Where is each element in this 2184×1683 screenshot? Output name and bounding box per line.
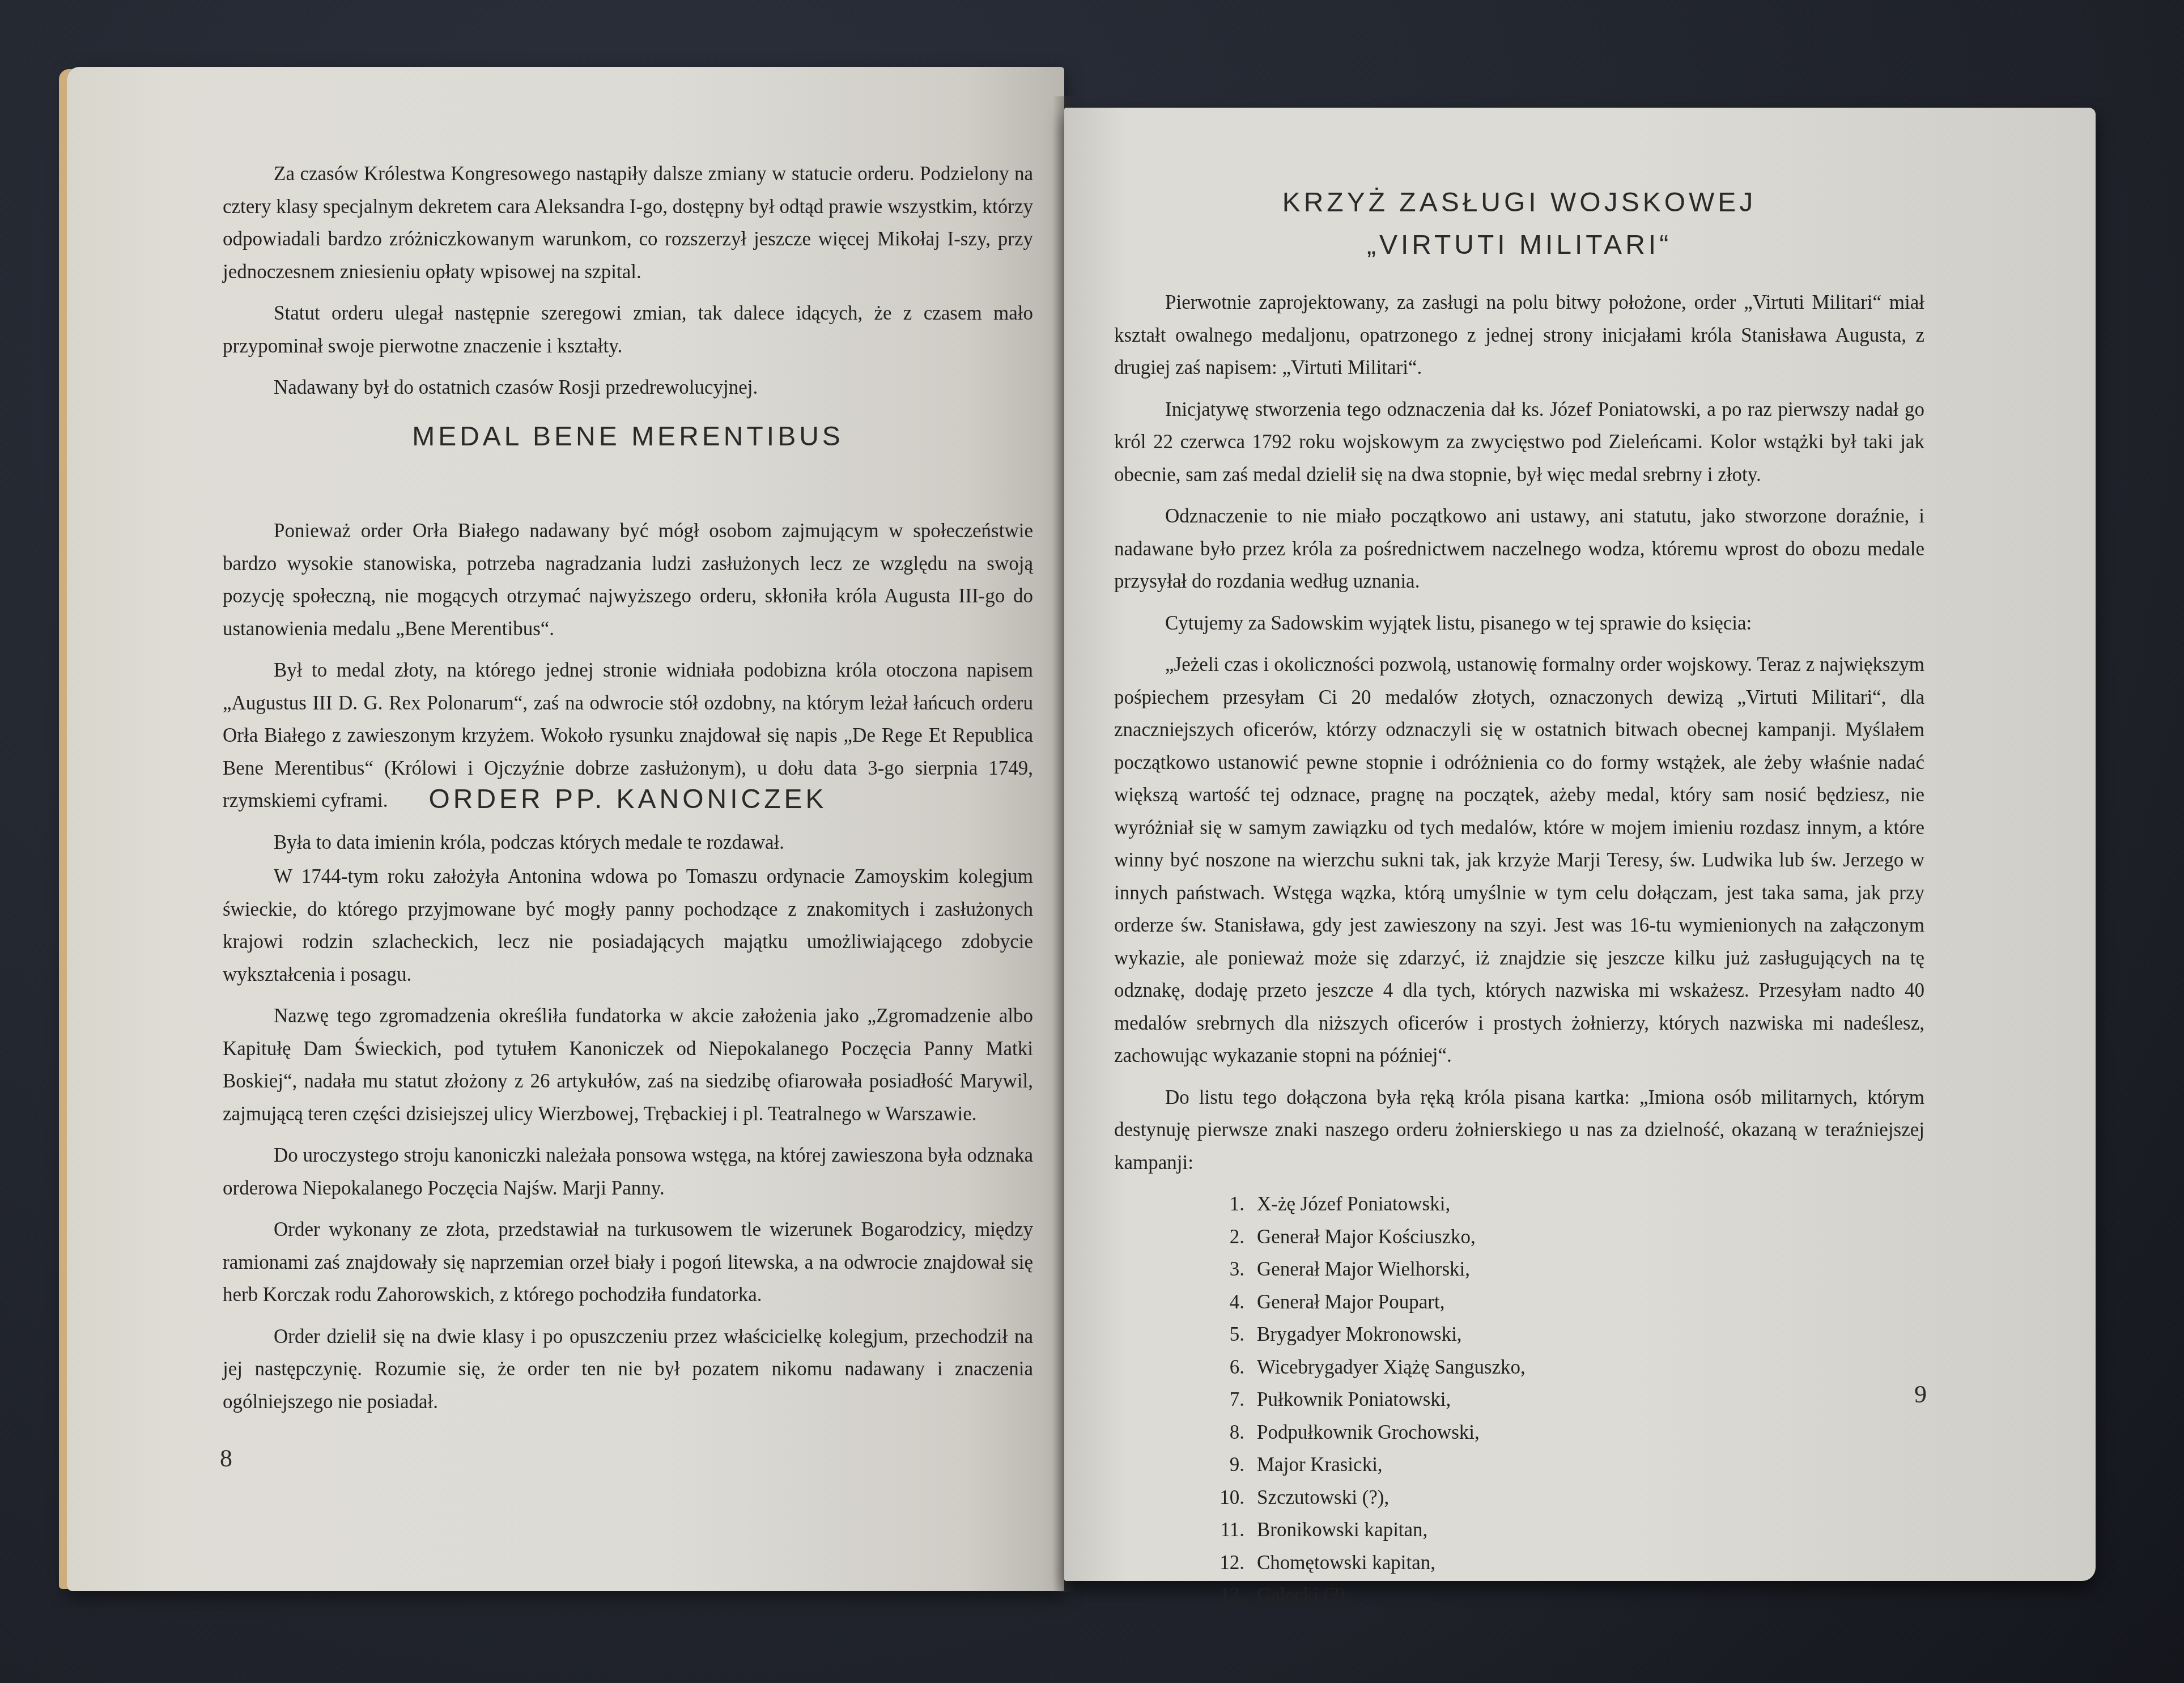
paragraph: Order wykonany ze złota, przedstawiał na… [223, 1213, 1033, 1311]
list-item: 1.X-żę Józef Poniatowski, [1199, 1188, 1924, 1221]
paragraph: Była to data imienin króla, podczas któr… [223, 826, 1033, 859]
section-kanoniczek-body: W 1744-tym roku założyła Antonina wdowa … [223, 860, 1033, 1427]
paragraph: Nadawany był do ostatnich czasów Rosji p… [223, 371, 1033, 404]
list-item: 11.Bronikowski kapitan, [1199, 1514, 1924, 1546]
paragraph: Do uroczystego stroju kanoniczki należał… [223, 1139, 1033, 1204]
section-heading-krzyz: KRZYŻ ZASŁUGI WOJSKOWEJ [1114, 187, 1924, 218]
section-virtuti-body: Pierwotnie zaprojektowany, za zasługi na… [1114, 286, 1924, 1612]
paragraph: Za czasów Królestwa Kongresowego nastąpi… [223, 158, 1033, 288]
paragraph: Do listu tego dołączona była ręką króla … [1114, 1081, 1924, 1179]
section-heading-kanoniczek: ORDER PP. KANONICZEK [223, 784, 1033, 815]
paragraph: W 1744-tym roku założyła Antonina wdowa … [223, 860, 1033, 991]
list-item: 3.Generał Major Wielhorski, [1199, 1253, 1924, 1286]
right-page: KRZYŻ ZASŁUGI WOJSKOWEJ „VIRTUTI MILITAR… [1064, 108, 2096, 1581]
list-item: 5.Brygadyer Mokronowski, [1199, 1318, 1924, 1351]
page-number-right: 9 [1914, 1380, 1927, 1409]
list-item: 9.Major Krasicki, [1199, 1448, 1924, 1481]
paragraph: Statut orderu ulegał następnie szeregowi… [223, 297, 1033, 362]
section-heading-virtuti: „VIRTUTI MILITARI“ [1114, 229, 1924, 261]
paragraph: Cytujemy za Sadowskim wyjątek listu, pis… [1114, 607, 1924, 640]
list-item: 7.Pułkownik Poniatowski, [1199, 1383, 1924, 1416]
names-list: 1.X-żę Józef Poniatowski, 2.Generał Majo… [1114, 1188, 1924, 1612]
list-item: 10.Szczutowski (?), [1199, 1481, 1924, 1514]
paragraph: Odznaczenie to nie miało początkowo ani … [1114, 500, 1924, 598]
list-item: 6.Wicebrygadyer Xiążę Sanguszko, [1199, 1351, 1924, 1384]
list-item: 12.Chomętowski kapitan, [1199, 1546, 1924, 1579]
paragraph: Ponieważ order Orła Białego nadawany być… [223, 515, 1033, 645]
list-item: 13.Gałecki (?), [1199, 1579, 1924, 1612]
quoted-letter: „Jeżeli czas i okoliczności pozwolą, ust… [1114, 648, 1924, 1072]
list-item: 2.Generał Major Kościuszko, [1199, 1221, 1924, 1253]
paragraph: Inicjatywę stworzenia tego odznaczenia d… [1114, 393, 1924, 491]
paragraph: Pierwotnie zaprojektowany, za zasługi na… [1114, 286, 1924, 384]
paragraph: Nazwę tego zgromadzenia określiła fundat… [223, 1000, 1033, 1130]
paragraph: Order dzielił się na dwie klasy i po opu… [223, 1320, 1033, 1418]
list-item: 4.Generał Major Poupart, [1199, 1286, 1924, 1319]
left-page: Za czasów Królestwa Kongresowego nastąpi… [67, 67, 1064, 1591]
section-heading-bene-merentibus: MEDAL BENE MERENTIBUS [223, 421, 1033, 452]
left-intro: Za czasów Królestwa Kongresowego nastąpi… [223, 158, 1033, 413]
list-item: 8.Podpułkownik Grochowski, [1199, 1416, 1924, 1449]
page-number-left: 8 [220, 1444, 232, 1473]
